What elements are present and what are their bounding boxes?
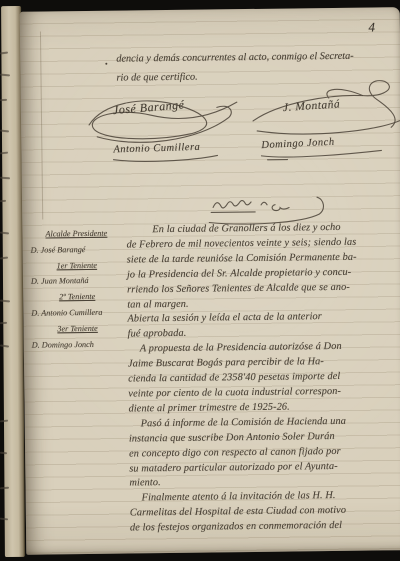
prev-page-ink-fragment [0,232,9,235]
prev-page-ink-fragment [0,344,9,347]
continuation-line: dencia y demás concurrentes al acto, con… [116,47,354,69]
minutes-body: En la ciudad de Granollers á los diez y … [126,220,400,536]
scanned-document: 4 dencia y demás concurrentes al acto, c… [0,0,400,561]
prev-page-ink-fragment [0,518,8,521]
ink-dot [105,63,107,65]
prev-page-ink-fragment [0,452,7,455]
margin-role-header: 2º Teniente [29,289,125,306]
margin-role-header: 3er Teniente [29,320,125,337]
margin-attendee-name: D. Juan Montañá [29,273,125,290]
continuation-line: rio de que certifico. [116,66,354,88]
prev-page-ink-fragment [0,300,10,303]
continuation-paragraph: dencia y demás concurrentes al acto, con… [116,47,354,88]
margin-role-header: 1er Teniente [29,257,125,274]
attendees-margin-list: Alcalde Presidente D. José Barangé 1er T… [28,226,126,354]
margin-role-header: Alcalde Presidente [28,226,124,243]
margin-attendee-name: D. Antonio Cumillera [29,305,125,322]
margin-attendee-name: D. Domingo Jonch [30,336,126,353]
page-number: 4 [368,19,376,35]
manuscript-page: 4 dencia y demás concurrentes al acto, c… [20,7,400,555]
margin-attendee-name: D. José Barangé [29,241,125,258]
